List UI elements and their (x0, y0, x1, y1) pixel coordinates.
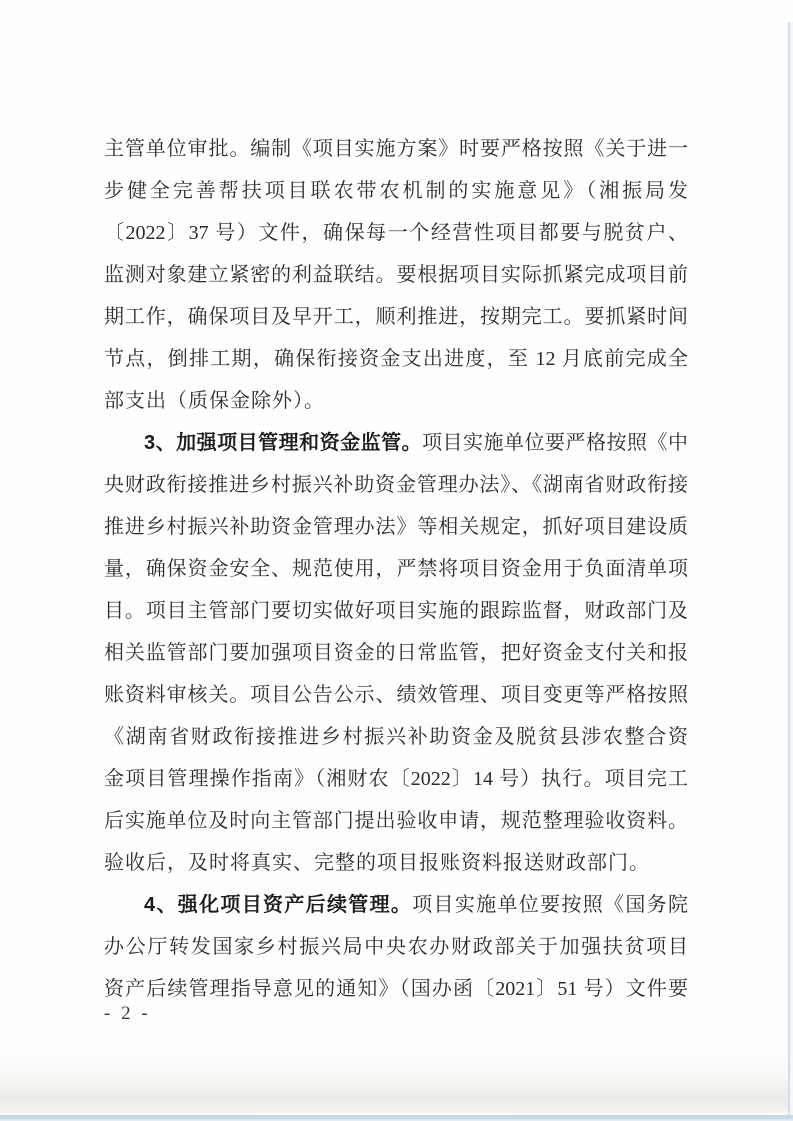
text-line: 量，确保资金安全、规范使用，严禁将项目资金用于负面清单项 (104, 548, 688, 590)
page-edge-bottom (0, 1115, 793, 1121)
text-line: 〔2022〕37 号）文件，确保每一个经营性项目都要与脱贫户、 (104, 212, 688, 254)
text-line: 账资料审核关。项目公告公示、绩效管理、项目变更等严格按照 (104, 674, 688, 716)
text-line: 后实施单位及时向主管部门提出验收申请，规范整理验收资料。 (104, 800, 688, 842)
text-line: 相关监管部门要加强项目资金的日常监管，把好资金支付关和报 (104, 632, 688, 674)
text-line: 办公厅转发国家乡村振兴局中央农办财政部关于加强扶贫项目 (104, 926, 688, 968)
text-line: 步健全完善帮扶项目联农带农机制的实施意见》（湘振局发 (104, 170, 688, 212)
paragraph-heading: 4、强化项目资产后续管理。 (144, 894, 412, 916)
scan-noise-band (0, 1052, 793, 1114)
text-line: 3、加强项目管理和资金监管。项目实施单位要严格按照《中 (104, 422, 688, 464)
scanned-document-page: 主管单位审批。编制《项目实施方案》时要严格按照《关于进一步健全完善帮扶项目联农带… (0, 0, 793, 1121)
text-line: 央财政衔接推进乡村振兴补助资金管理办法》、《湖南省财政衔接 (104, 464, 688, 506)
text-line: 推进乡村振兴补助资金管理办法》等相关规定，抓好项目建设质 (104, 506, 688, 548)
page-number: - 2 - (104, 1002, 151, 1026)
text-line: 验收后，及时将真实、完整的项目报账资料报送财政部门。 (104, 842, 688, 884)
document-body: 主管单位审批。编制《项目实施方案》时要严格按照《关于进一步健全完善帮扶项目联农带… (104, 128, 688, 1010)
text-line: 部支出（质保金除外）。 (104, 380, 688, 422)
paragraph: 4、强化项目资产后续管理。项目实施单位要按照《国务院办公厅转发国家乡村振兴局中央… (104, 884, 688, 1010)
page-edge-right (788, 22, 790, 1117)
paragraph: 3、加强项目管理和资金监管。项目实施单位要严格按照《中央财政衔接推进乡村振兴补助… (104, 422, 688, 884)
text-line: 主管单位审批。编制《项目实施方案》时要严格按照《关于进一 (104, 128, 688, 170)
paragraph-heading: 3、加强项目管理和资金监管。 (144, 432, 422, 454)
text-line: 期工作，确保项目及早开工，顺利推进，按期完工。要抓紧时间 (104, 296, 688, 338)
text-line: 节点，倒排工期，确保衔接资金支出进度，至 12 月底前完成全 (104, 338, 688, 380)
text-line: 资产后续管理指导意见的通知》（国办函〔2021〕51 号）文件要 (104, 968, 688, 1010)
text-line: 《湖南省财政衔接推进乡村振兴补助资金及脱贫县涉农整合资 (104, 716, 688, 758)
text-line: 监测对象建立紧密的利益联结。要根据项目实际抓紧完成项目前 (104, 254, 688, 296)
text-line: 金项目管理操作指南》（湘财农〔2022〕14 号）执行。项目完工 (104, 758, 688, 800)
text-line: 4、强化项目资产后续管理。项目实施单位要按照《国务院 (104, 884, 688, 926)
text-line: 目。项目主管部门要切实做好项目实施的跟踪监督，财政部门及 (104, 590, 688, 632)
paragraph: 主管单位审批。编制《项目实施方案》时要严格按照《关于进一步健全完善帮扶项目联农带… (104, 128, 688, 422)
